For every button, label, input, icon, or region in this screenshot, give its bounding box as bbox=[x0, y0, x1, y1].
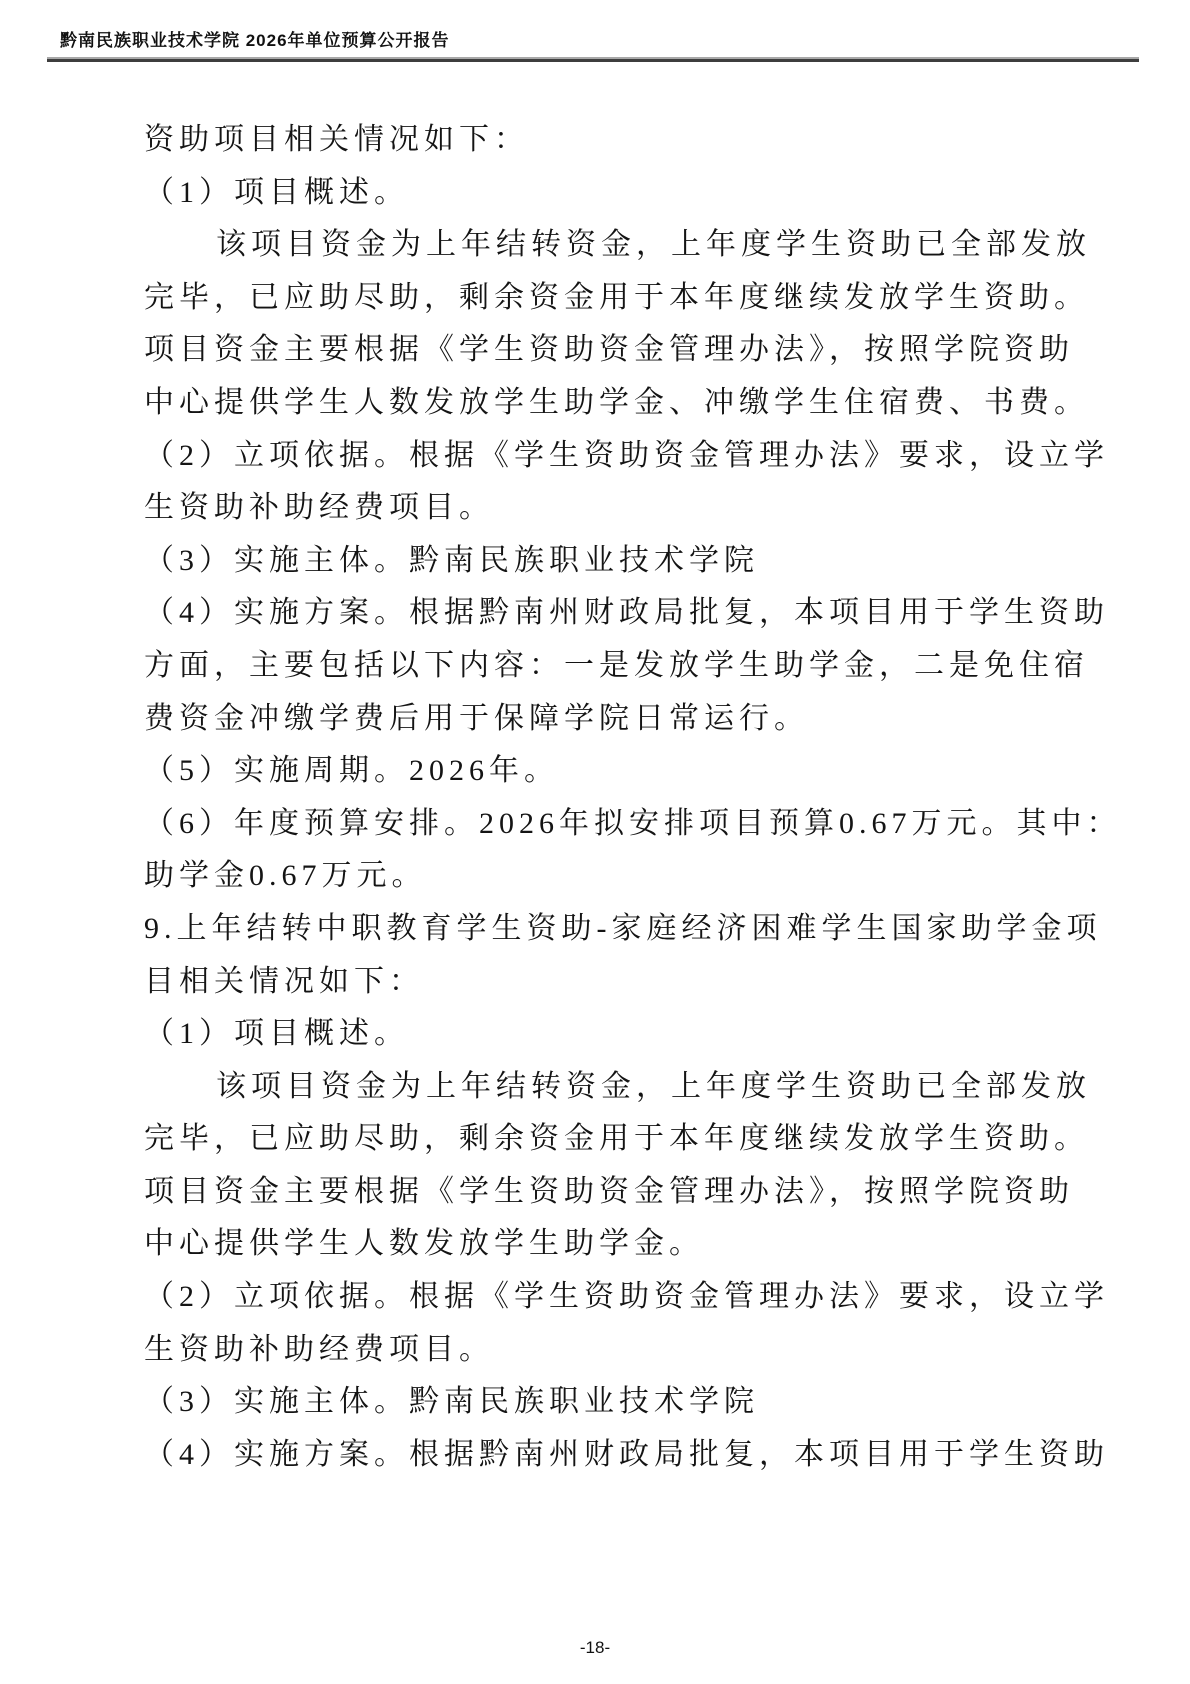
text-line: 项目资金主要根据《学生资助资金管理办法》，按照学院资助 bbox=[144, 324, 1049, 377]
text-line: 生资助补助经费项目。 bbox=[144, 482, 1049, 535]
document-page: 黔南民族职业技术学院 2026年单位预算公开报告 资助项目相关情况如下： （1）… bbox=[0, 0, 1190, 1684]
text-line: 方面，主要包括以下内容：一是发放学生助学金，二是免住宿 bbox=[144, 640, 1049, 693]
text-line: （5）实施周期。2026年。 bbox=[144, 745, 1049, 798]
text-line: 项目资金主要根据《学生资助资金管理办法》，按照学院资助 bbox=[144, 1166, 1049, 1219]
text-line: 完毕，已应助尽助，剩余资金用于本年度继续发放学生资助。 bbox=[144, 1113, 1049, 1166]
text-line: （2）立项依据。根据《学生资助资金管理办法》要求，设立学 bbox=[144, 1271, 1049, 1324]
text-line: 费资金冲缴学费后用于保障学院日常运行。 bbox=[144, 693, 1049, 746]
text-line: （4）实施方案。根据黔南州财政局批复，本项目用于学生资助 bbox=[144, 587, 1049, 640]
text-line: （3）实施主体。黔南民族职业技术学院 bbox=[144, 535, 1049, 588]
page-number: -18- bbox=[0, 1638, 1190, 1658]
text-line: （1）项目概述。 bbox=[144, 167, 1049, 220]
text-line: 该项目资金为上年结转资金，上年度学生资助已全部发放 bbox=[144, 219, 1049, 272]
text-line: （4）实施方案。根据黔南州财政局批复，本项目用于学生资助 bbox=[144, 1429, 1049, 1482]
text-line: 资助项目相关情况如下： bbox=[144, 114, 1049, 167]
text-line: 该项目资金为上年结转资金，上年度学生资助已全部发放 bbox=[144, 1061, 1049, 1114]
text-line: （6）年度预算安排。2026年拟安排项目预算0.67万元。其中： bbox=[144, 798, 1049, 851]
text-line: 中心提供学生人数发放学生助学金、冲缴学生住宿费、书费。 bbox=[144, 377, 1049, 430]
text-line: （3）实施主体。黔南民族职业技术学院 bbox=[144, 1376, 1049, 1429]
text-line: 目相关情况如下： bbox=[144, 956, 1049, 1009]
header-title: 黔南民族职业技术学院 2026年单位预算公开报告 bbox=[60, 26, 450, 51]
text-line: 生资助补助经费项目。 bbox=[144, 1324, 1049, 1377]
document-body: 资助项目相关情况如下： （1）项目概述。 该项目资金为上年结转资金，上年度学生资… bbox=[144, 114, 1049, 1481]
text-line: 完毕，已应助尽助，剩余资金用于本年度继续发放学生资助。 bbox=[144, 272, 1049, 325]
text-line: 助学金0.67万元。 bbox=[144, 850, 1049, 903]
text-line: 中心提供学生人数发放学生助学金。 bbox=[144, 1218, 1049, 1271]
text-line: （2）立项依据。根据《学生资助资金管理办法》要求，设立学 bbox=[144, 430, 1049, 483]
text-line: 9.上年结转中职教育学生资助-家庭经济困难学生国家助学金项 bbox=[144, 903, 1049, 956]
header-rule bbox=[47, 57, 1139, 62]
text-line: （1）项目概述。 bbox=[144, 1008, 1049, 1061]
